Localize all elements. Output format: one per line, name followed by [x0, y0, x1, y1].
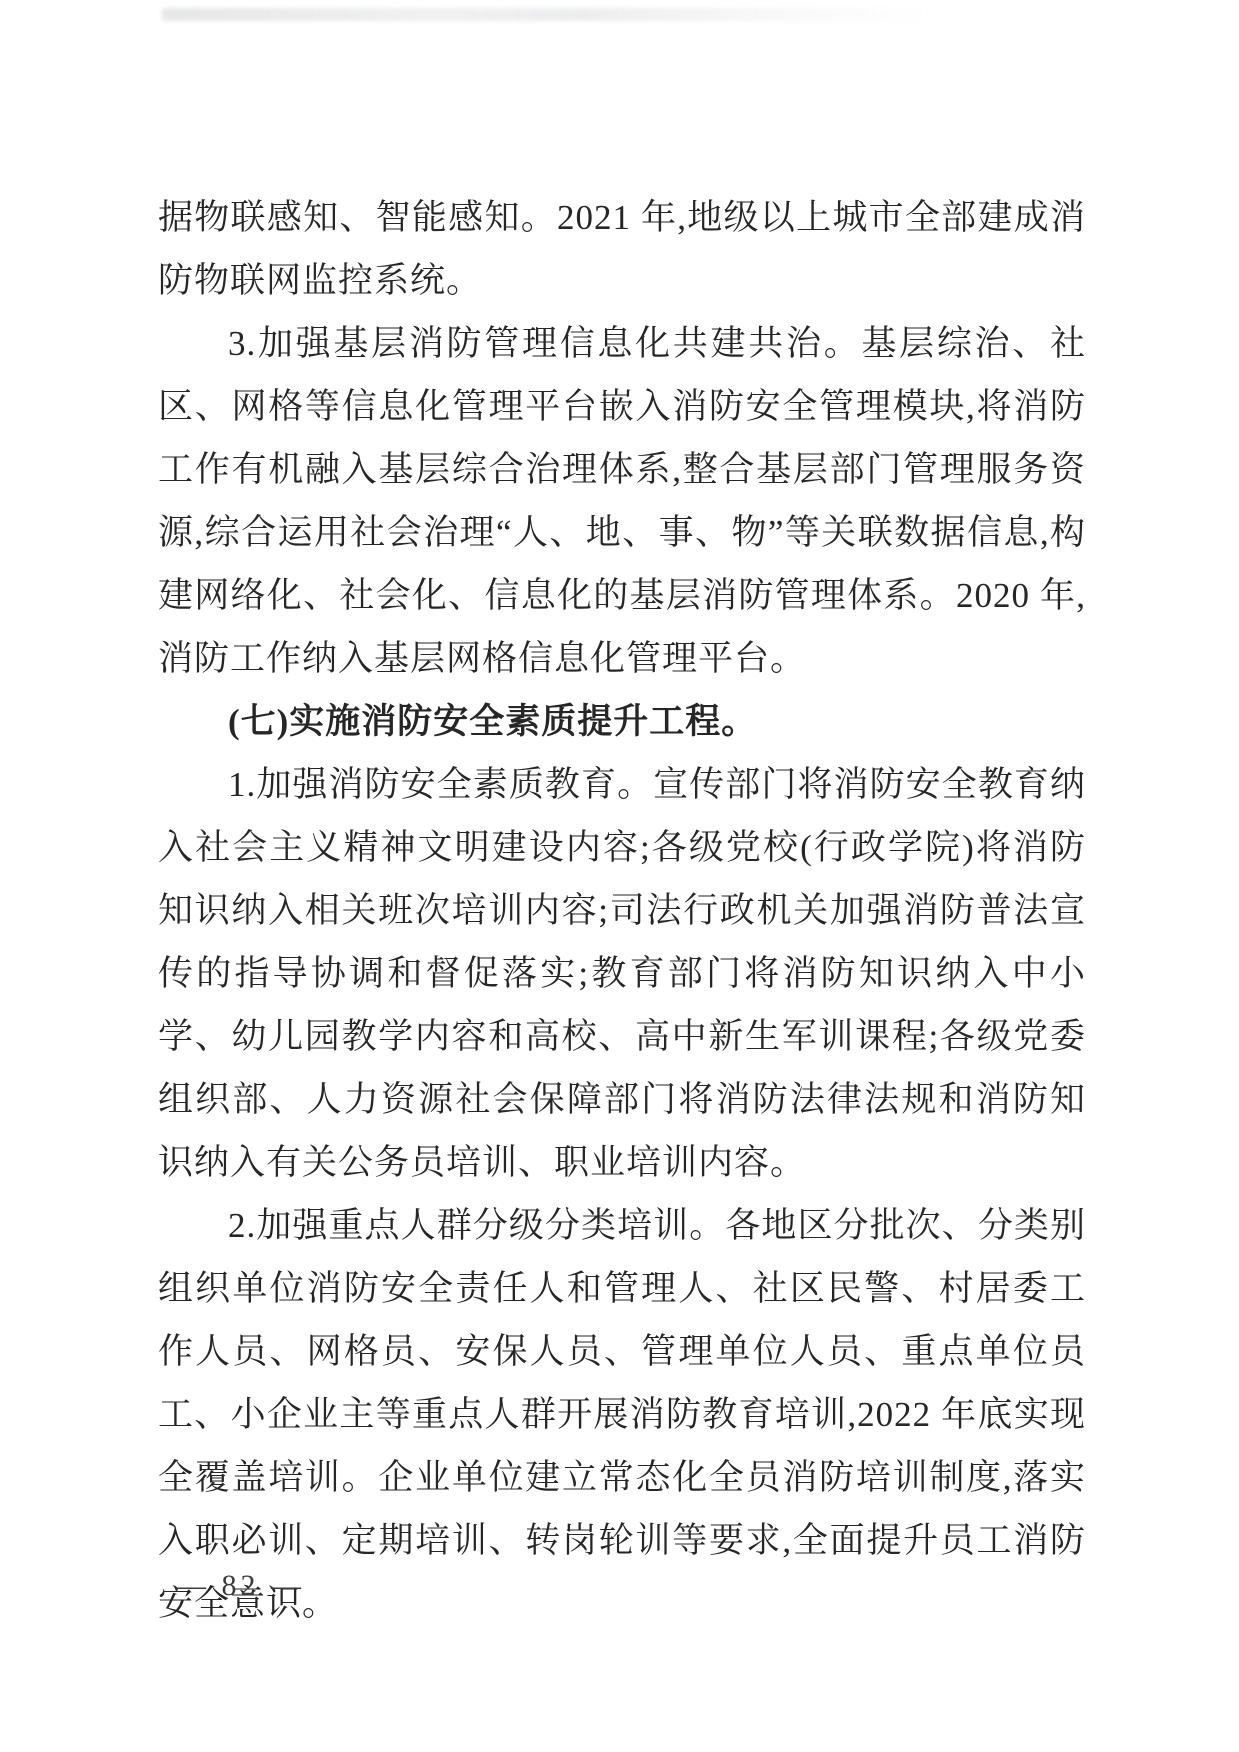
- paragraph-continuation: 据物联感知、智能感知。2021 年,地级以上城市全部建成消防物联网监控系统。: [158, 186, 1086, 312]
- paragraph-item-3: 3.加强基层消防管理信息化共建共治。基层综治、社区、网格等信息化管理平台嵌入消防…: [158, 312, 1086, 690]
- page-number: — 82 —: [176, 1568, 305, 1604]
- document-body: 据物联感知、智能感知。2021 年,地级以上城市全部建成消防物联网监控系统。 3…: [158, 186, 1086, 1635]
- faint-bleed-artifact: [162, 8, 932, 21]
- section-heading: (七)实施消防安全素质提升工程。: [158, 690, 1086, 753]
- paragraph-item-1: 1.加强消防安全素质教育。宣传部门将消防安全教育纳入社会主义精神文明建设内容;各…: [158, 753, 1086, 1194]
- document-page: 据物联感知、智能感知。2021 年,地级以上城市全部建成消防物联网监控系统。 3…: [0, 0, 1239, 1752]
